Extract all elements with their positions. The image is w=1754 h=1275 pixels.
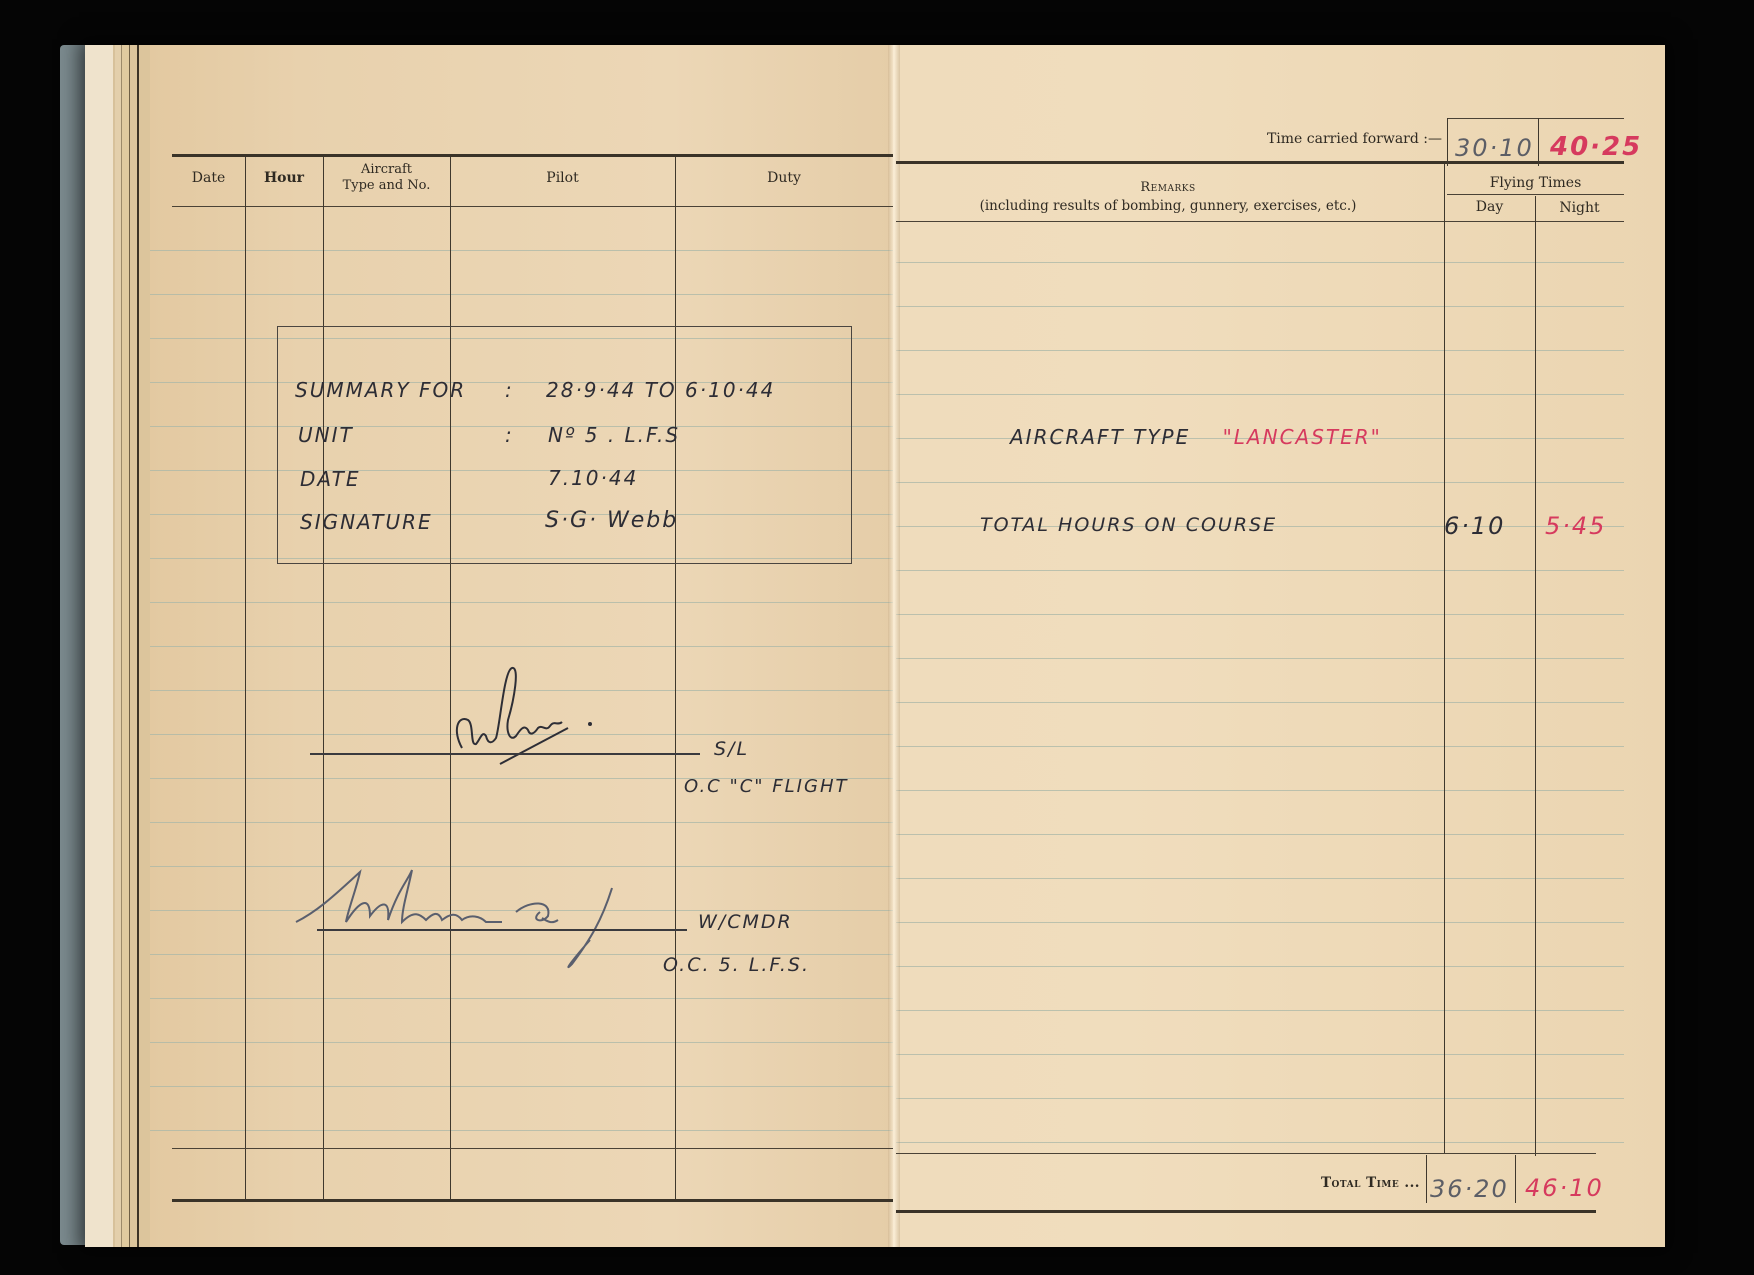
col-divider-hour-aircraft xyxy=(323,157,324,1200)
ruled-line-left xyxy=(150,646,893,647)
ruled-line-left xyxy=(150,294,893,295)
ruled-line-left xyxy=(150,1042,893,1043)
col-divider-day-night xyxy=(1535,196,1536,1156)
summary-label-date: DATE xyxy=(300,467,360,491)
summary-label-period: SUMMARY FOR xyxy=(295,378,466,402)
col-divider-remarks-day xyxy=(1444,164,1445,1154)
remark-aircraft-type-label: AIRCRAFT TYPE xyxy=(1010,425,1190,449)
station-commander-rank: W/CMDR xyxy=(698,911,793,933)
ruled-line-right xyxy=(896,1098,1624,1099)
flying-times-divider xyxy=(1447,194,1624,195)
flight-commander-rank: S/L xyxy=(714,738,749,760)
ruled-line-left xyxy=(150,250,893,251)
carried-forward-box-left xyxy=(1447,118,1448,166)
bottom-rule-left xyxy=(172,1199,893,1202)
ruled-line-right xyxy=(896,1054,1624,1055)
remark-aircraft-type-value: "LANCASTER" xyxy=(1223,425,1382,449)
column-header-aircraft: Aircraft Type and No. xyxy=(323,162,450,194)
flying-times-header: Flying Times xyxy=(1447,175,1624,191)
ruled-line-right xyxy=(896,702,1624,703)
station-commander-signature-icon xyxy=(290,860,710,975)
col-divider-date-hour xyxy=(245,157,246,1200)
carried-forward-box-top xyxy=(1447,118,1624,119)
ruled-line-right xyxy=(896,570,1624,571)
column-header-duty: Duty xyxy=(675,170,893,186)
column-header-pilot: Pilot xyxy=(450,170,675,186)
ruled-line-right xyxy=(896,1010,1624,1011)
header-top-rule-left xyxy=(172,154,893,157)
ruled-line-right xyxy=(896,394,1624,395)
book-gutter xyxy=(888,45,900,1247)
ruled-line-right xyxy=(896,306,1624,307)
ruled-line-right xyxy=(896,790,1624,791)
header-bottom-rule-left xyxy=(172,206,893,207)
ruled-line-right xyxy=(896,1142,1624,1143)
page-edges xyxy=(85,45,150,1247)
header-bottom-rule-right xyxy=(896,221,1624,222)
remarks-header-title: Remarks xyxy=(893,180,1443,195)
ruled-line-left xyxy=(150,998,893,999)
time-carried-forward-label: Time carried forward :— xyxy=(1180,131,1442,147)
footer-rule-right xyxy=(896,1153,1596,1154)
remark-total-hours: TOTAL HOURS ON COURSE xyxy=(980,514,1277,536)
ruled-line-right xyxy=(896,614,1624,615)
ruled-line-right xyxy=(896,922,1624,923)
summary-sep-period: : xyxy=(505,378,514,402)
ruled-line-right xyxy=(896,350,1624,351)
column-header-date: Date xyxy=(172,170,245,186)
total-time-label: Total Time ... xyxy=(1250,1175,1420,1191)
summary-sep-unit: : xyxy=(505,423,514,447)
column-header-hour: Hour xyxy=(245,170,323,186)
total-divider-left xyxy=(1426,1155,1427,1203)
remarks-header-subtitle: (including results of bombing, gunnery, … xyxy=(893,198,1443,214)
ruled-line-left xyxy=(150,602,893,603)
ruled-line-right xyxy=(896,658,1624,659)
total-time-day: 36·20 xyxy=(1430,1175,1509,1203)
flying-times-night-header: Night xyxy=(1535,200,1624,216)
flight-commander-signature-line xyxy=(310,753,700,755)
total-divider-mid xyxy=(1515,1155,1516,1203)
total-hours-night: 5·45 xyxy=(1545,512,1606,540)
total-time-night: 46·10 xyxy=(1525,1174,1604,1202)
ruled-line-right xyxy=(896,834,1624,835)
station-commander-signature-line xyxy=(317,929,687,931)
ruled-line-left xyxy=(150,1086,893,1087)
ruled-line-right xyxy=(896,482,1624,483)
carried-forward-day: 30·10 xyxy=(1455,134,1534,162)
summary-label-signature: SIGNATURE xyxy=(300,510,433,534)
carried-forward-box-mid xyxy=(1538,118,1539,166)
ruled-line-right xyxy=(896,966,1624,967)
flight-commander-title: O.C "C" FLIGHT xyxy=(684,776,848,797)
ruled-line-right xyxy=(896,262,1624,263)
column-header-aircraft-line1: Aircraft xyxy=(323,162,450,178)
summary-value-period: 28·9·44 TO 6·10·44 xyxy=(546,378,775,402)
total-hours-day: 6·10 xyxy=(1444,512,1505,540)
ruled-line-left xyxy=(150,822,893,823)
ruled-line-left xyxy=(150,1130,893,1131)
summary-label-unit: UNIT xyxy=(298,423,354,447)
summary-value-unit: Nº 5 . L.F.S xyxy=(548,423,680,447)
ruled-line-right xyxy=(896,746,1624,747)
column-header-aircraft-line2: Type and No. xyxy=(323,178,450,194)
flying-times-day-header: Day xyxy=(1444,199,1535,215)
ruled-line-right xyxy=(896,878,1624,879)
station-commander-title: O.C. 5. L.F.S. xyxy=(663,954,810,976)
carried-forward-night: 40·25 xyxy=(1550,132,1642,162)
remark-aircraft-type: AIRCRAFT TYPE "LANCASTER" xyxy=(1010,425,1382,449)
bottom-rule-right xyxy=(896,1210,1596,1213)
col-divider-pilot-duty xyxy=(675,157,676,1200)
summary-value-signature: S·G· Webb xyxy=(545,508,678,533)
right-page xyxy=(893,45,1665,1247)
summary-value-date: 7.10·44 xyxy=(548,466,638,490)
footer-rule-left xyxy=(172,1148,893,1149)
